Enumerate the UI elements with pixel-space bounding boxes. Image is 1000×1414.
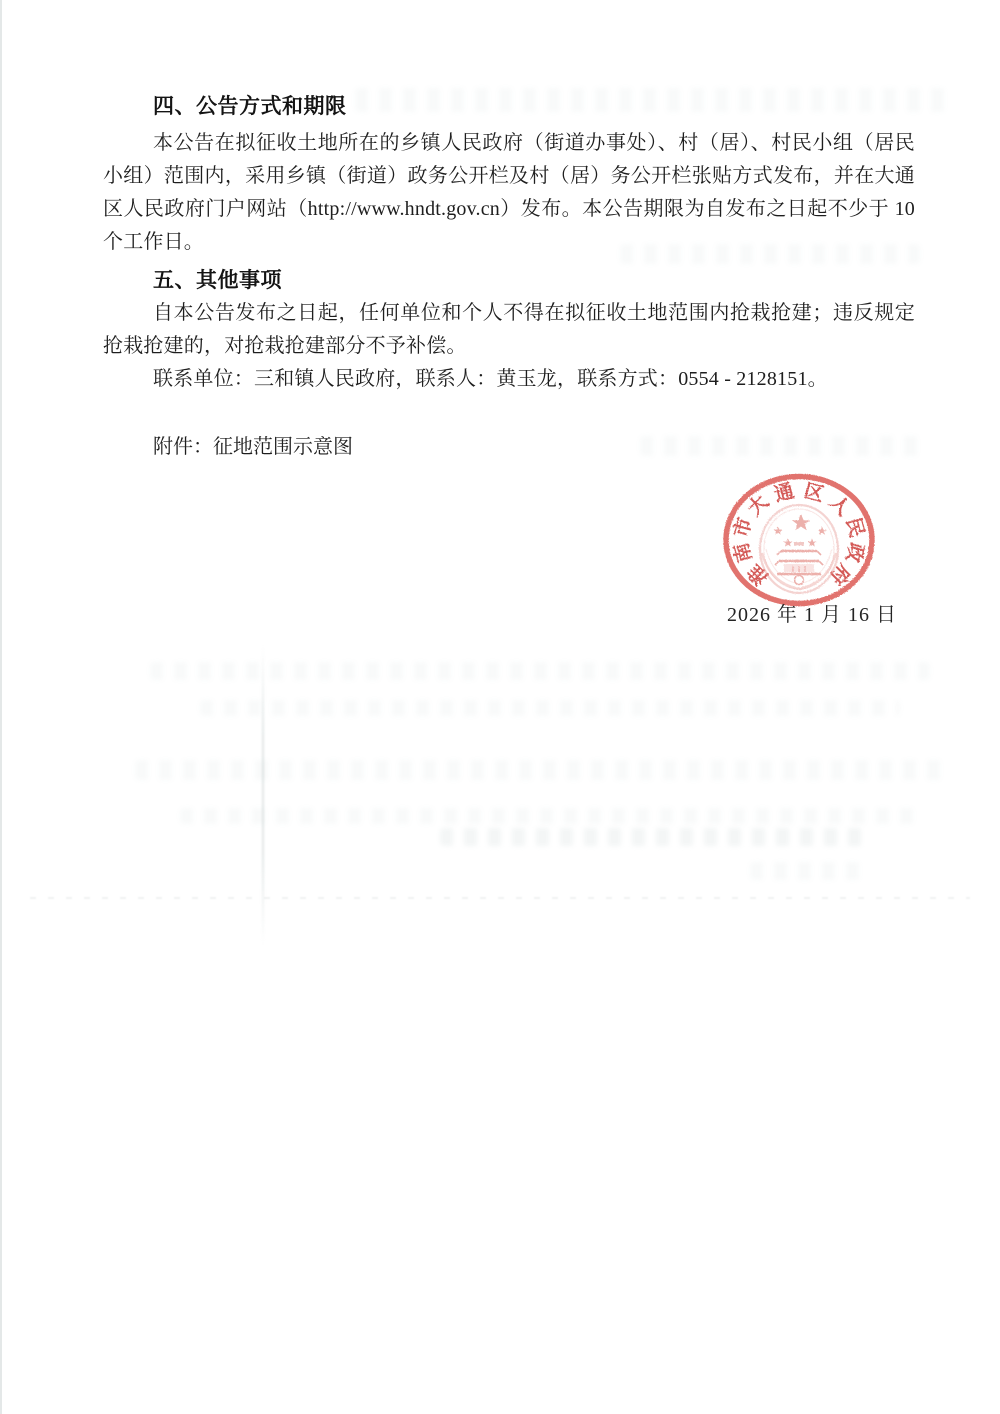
document-body: 四、公告方式和期限 本公告在拟征收土地所在的乡镇人民政府（街道办事处）、村（居）… — [103, 90, 915, 464]
seal-character: 通 — [772, 480, 797, 506]
national-emblem-icon — [760, 505, 838, 593]
seal-character: 区 — [802, 480, 827, 506]
tiananmen-gate-glyph — [775, 542, 823, 585]
bleed-through-artifact — [440, 828, 870, 846]
section-4-heading: 四、公告方式和期限 — [103, 90, 915, 123]
official-government-seal: 淮南市大通区人民政府 — [714, 461, 886, 621]
seal-character: 政 — [841, 540, 868, 565]
bleed-through-artifact — [135, 760, 945, 780]
section-5-heading: 五、其他事项 — [103, 264, 915, 297]
section-5-paragraph: 自本公告发布之日起，任何单位和个人不得在拟征收土地范围内抢栽抢建；违反规定抢栽抢… — [103, 297, 915, 363]
section-other-matters: 五、其他事项 自本公告发布之日起，任何单位和个人不得在拟征收土地范围内抢栽抢建；… — [103, 264, 915, 396]
seal-character: 南 — [730, 540, 756, 565]
scan-noise-row — [30, 897, 970, 899]
section-4-paragraph: 本公告在拟征收土地所在的乡镇人民政府（街道办事处）、村（居）、村民小组（居民小组… — [103, 127, 915, 259]
seal-character: 民 — [841, 515, 867, 540]
section-announcement-method: 四、公告方式和期限 本公告在拟征收土地所在的乡镇人民政府（街道办事处）、村（居）… — [103, 90, 915, 259]
bleed-through-artifact — [180, 808, 920, 824]
paper-crease-artifact — [262, 645, 264, 945]
scan-edge-artifact — [0, 0, 2, 1414]
attachment-line: 附件：征地范围示意图 — [103, 431, 915, 464]
issue-date: 2026 年 1 月 16 日 — [727, 598, 897, 627]
bleed-through-artifact — [750, 862, 860, 880]
seal-character: 市 — [729, 514, 756, 539]
bleed-through-artifact — [200, 700, 900, 716]
bleed-through-artifact — [150, 662, 930, 680]
scanned-document-page: 四、公告方式和期限 本公告在拟征收土地所在的乡镇人民政府（街道办事处）、村（居）… — [0, 0, 1000, 1414]
contact-info-line: 联系单位：三和镇人民政府，联系人：黄玉龙，联系方式：0554 - 2128151… — [103, 363, 915, 396]
